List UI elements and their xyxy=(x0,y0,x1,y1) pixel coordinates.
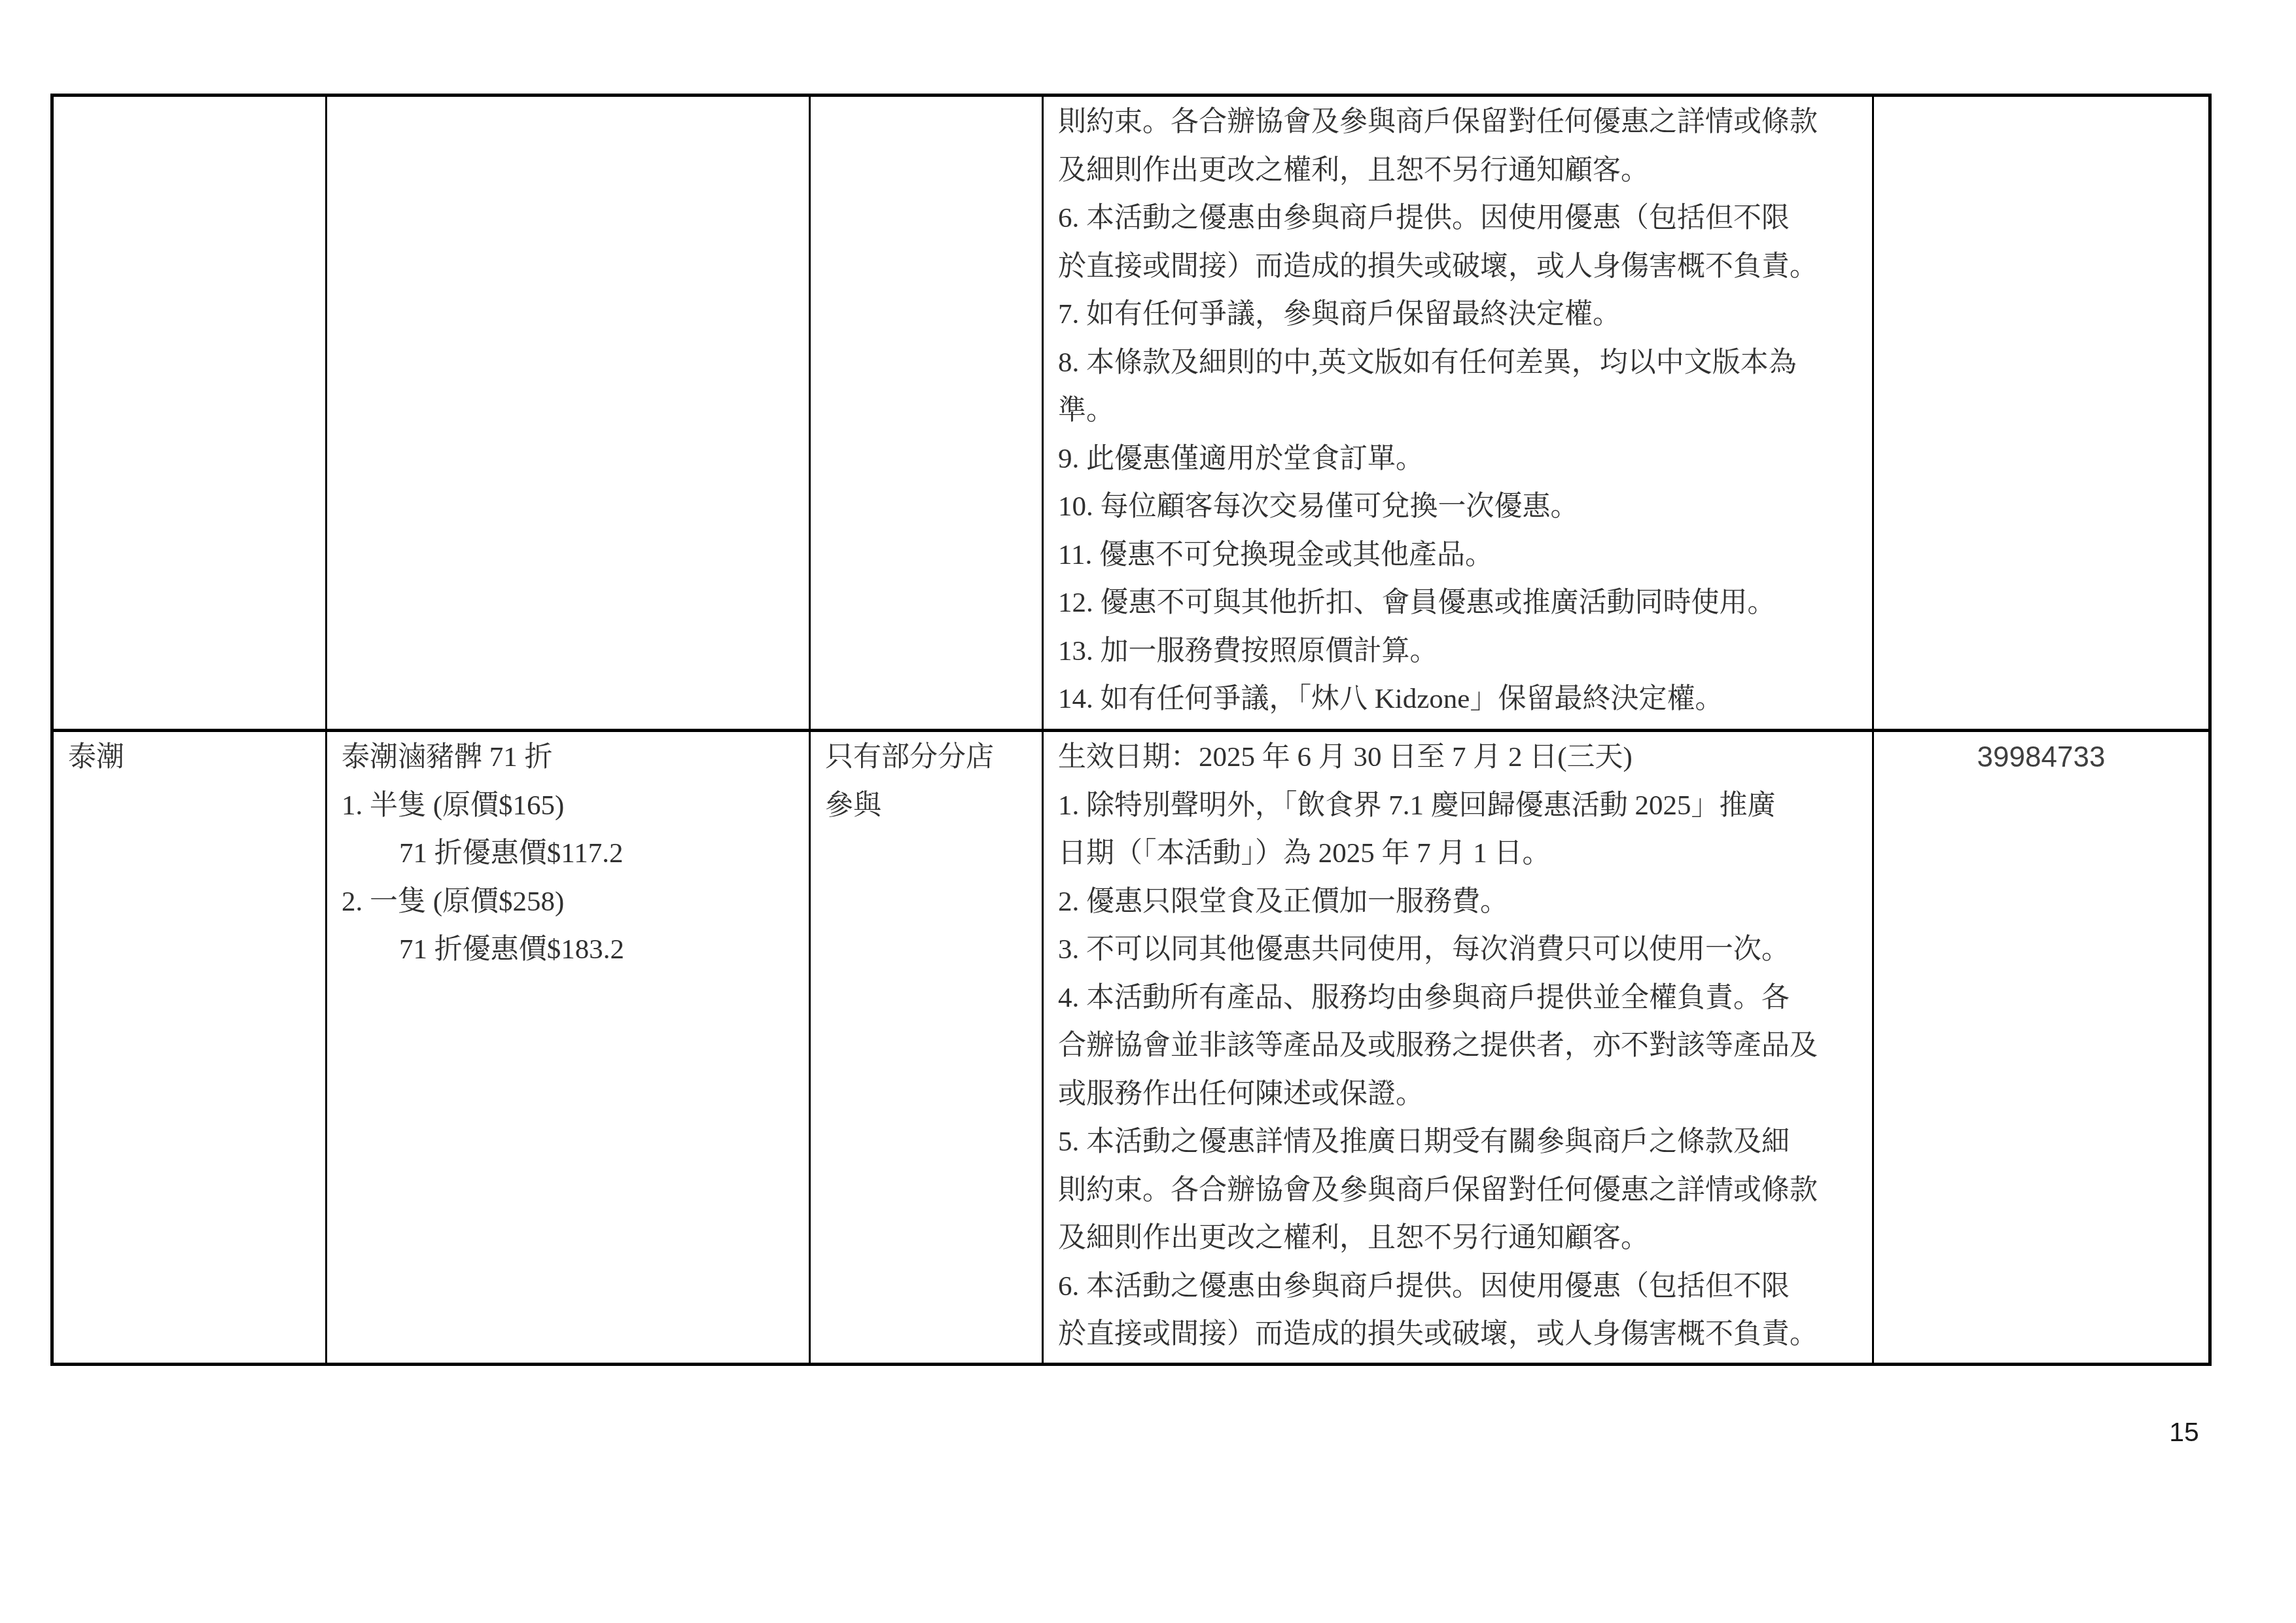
document-page: 則約束。各合辦協會及參與商戶保留對任何優惠之詳情或條款及細則作出更改之權利，且恕… xyxy=(0,0,2296,1623)
text-line: 及細則作出更改之權利，且恕不另行通知顧客。 xyxy=(1058,1214,1856,1263)
text-line: 11. 優惠不可兌換現金或其他產品。 xyxy=(1058,531,1856,580)
terms-cell: 生效日期：2025 年 6 月 30 日至 7 月 2 日(三天)1. 除特別聲… xyxy=(1044,732,1874,1363)
text-line: 4. 本活動所有產品、服務均由參與商戶提供並全權負責。各 xyxy=(1058,974,1856,1022)
text-line: 準。 xyxy=(1058,387,1856,435)
offer-cell xyxy=(327,97,811,732)
participation-cell xyxy=(811,97,1044,732)
text-line: 8. 本條款及細則的中,英文版如有任何差異，均以中文版本為 xyxy=(1058,339,1856,387)
text-line: 71 折優惠價$183.2 xyxy=(342,926,793,974)
text-line: 參與 xyxy=(825,782,1026,830)
text-line: 9. 此優惠僅適用於堂食訂單。 xyxy=(1058,435,1856,483)
text-line: 則約束。各合辦協會及參與商戶保留對任何優惠之詳情或條款 xyxy=(1058,1166,1856,1215)
text-line: 12. 優惠不可與其他折扣、會員優惠或推廣活動同時使用。 xyxy=(1058,579,1856,627)
text-line: 於直接或間接）而造成的損失或破壞，或人身傷害概不負責。 xyxy=(1058,243,1856,291)
text-line: 或服務作出任何陳述或保證。 xyxy=(1058,1070,1856,1119)
text-line: 3. 不可以同其他優惠共同使用，每次消費只可以使用一次。 xyxy=(1058,926,1856,974)
text-line: 14. 如有任何爭議，「炑八 Kidzone」保留最終決定權。 xyxy=(1058,675,1856,724)
text-line: 13. 加一服務費按照原價計算。 xyxy=(1058,627,1856,676)
text-line: 日期（「本活動」）為 2025 年 7 月 1 日。 xyxy=(1058,829,1856,878)
code-cell xyxy=(1874,97,2208,732)
text-line: 生效日期：2025 年 6 月 30 日至 7 月 2 日(三天) xyxy=(1058,733,1856,782)
offers-table: 則約束。各合辦協會及參與商戶保留對任何優惠之詳情或條款及細則作出更改之權利，且恕… xyxy=(50,94,2212,1366)
page-number: 15 xyxy=(2151,1417,2217,1448)
text-line: 及細則作出更改之權利，且恕不另行通知顧客。 xyxy=(1058,147,1856,195)
text-line: 5. 本活動之優惠詳情及推廣日期受有關參與商戶之條款及細 xyxy=(1058,1118,1856,1166)
text-line: 1. 半隻 (原價$165) xyxy=(342,782,793,830)
text-line: 71 折優惠價$117.2 xyxy=(342,829,793,878)
text-line: 1. 除特別聲明外，「飲食界 7.1 慶回歸優惠活動 2025」推廣 xyxy=(1058,782,1856,830)
text-line: 2. 優惠只限堂食及正價加一服務費。 xyxy=(1058,878,1856,926)
text-line: 只有部分分店 xyxy=(825,733,1026,782)
offer-cell: 泰潮滷豬髀 71 折1. 半隻 (原價$165)71 折優惠價$117.22. … xyxy=(327,732,811,1363)
text-line: 2. 一隻 (原價$258) xyxy=(342,878,793,926)
text-line: 6. 本活動之優惠由參與商戶提供。因使用優惠（包括但不限 xyxy=(1058,194,1856,243)
text-line: 泰潮滷豬髀 71 折 xyxy=(342,733,793,782)
code-cell: 39984733 xyxy=(1874,732,2208,1363)
text-line: 6. 本活動之優惠由參與商戶提供。因使用優惠（包括但不限 xyxy=(1058,1263,1856,1311)
text-line: 10. 每位顧客每次交易僅可兌換一次優惠。 xyxy=(1058,483,1856,531)
text-line: 合辦協會並非該等產品及或服務之提供者，亦不對該等產品及 xyxy=(1058,1022,1856,1070)
terms-cell: 則約束。各合辦協會及參與商戶保留對任何優惠之詳情或條款及細則作出更改之權利，且恕… xyxy=(1044,97,1874,732)
text-line: 於直接或間接）而造成的損失或破壞，或人身傷害概不負責。 xyxy=(1058,1310,1856,1359)
merchant-cell: 泰潮 xyxy=(54,732,327,1363)
text-line: 則約束。各合辦協會及參與商戶保留對任何優惠之詳情或條款 xyxy=(1058,98,1856,147)
merchant-cell xyxy=(54,97,327,732)
text-line: 7. 如有任何爭議，參與商戶保留最終決定權。 xyxy=(1058,290,1856,339)
participation-cell: 只有部分分店參與 xyxy=(811,732,1044,1363)
